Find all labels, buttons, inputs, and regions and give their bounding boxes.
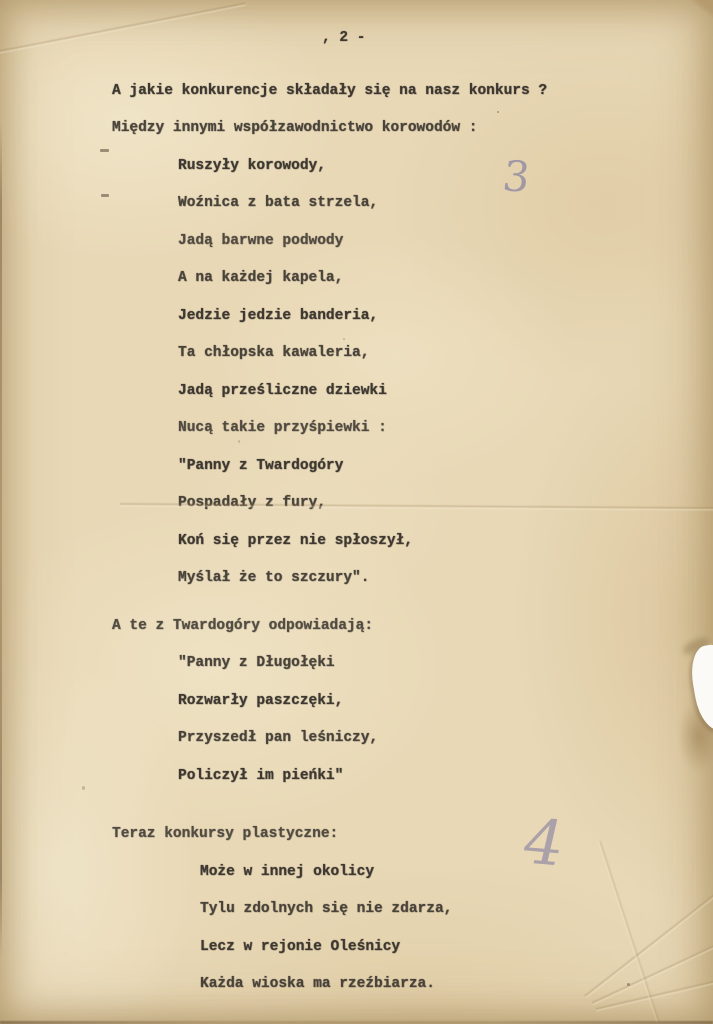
text-line: Teraz konkursy plastyczne: [112,816,547,854]
text-line: Rozwarły paszczęki, [112,682,547,720]
text-line: Tylu zdolnych się nie zdarza, [112,891,547,929]
text-line: A na każdej kapela, [112,260,547,298]
text-line: Koń się przez nie spłoszył, [112,522,547,560]
ink-speck [101,194,109,197]
text-line: Ruszyły korowody, [112,147,547,185]
scanned-typewritten-page: , 2 - A jakie konkurencje składały się n… [0,0,713,1024]
page-number: , 2 - [322,30,366,46]
folded-corner [685,0,713,22]
ink-speck [627,983,630,986]
text-line: A te z Twardogóry odpowiadają: [112,607,547,645]
text-line: "Panny z Twardogóry [112,447,547,485]
text-line: A jakie konkurencje składały się na nasz… [112,72,547,110]
text-line: Może w innej okolicy [112,853,547,891]
text-line: Między innymi współzawodnictwo korowodów… [112,110,547,148]
text-line: Każda wioska ma rzeźbiarza. [112,966,547,1004]
paper-crease [584,881,713,996]
text-line: Jadą prześliczne dziewki [112,372,547,410]
handwritten-pencil-mark-3: 3 [500,155,532,198]
text-line: Jadą barwne podwody [112,222,547,260]
text-line: Przyszedł pan leśniczy, [112,720,547,758]
text-line: Lecz w rejonie Oleśnicy [112,928,547,966]
ink-speck [343,338,345,340]
ink-speck [497,111,499,113]
page-edge-shadow [0,120,2,960]
paper-crease [0,2,245,54]
text-line: Jedzie jedzie banderia, [112,297,547,335]
ink-speck [82,786,85,790]
text-line: "Panny z Długołęki [112,645,547,683]
text-line: Nucą takie przyśpiewki : [112,410,547,448]
text-lines: A jakie konkurencje składały się na nasz… [112,72,547,1003]
text-line: Myślał że to szczury". [112,560,547,598]
text-line: Woźnica z bata strzela, [112,185,547,223]
ink-speck [100,149,109,152]
text-line: Policzył im pieńki" [112,757,547,795]
text-line: Ta chłopska kawaleria, [112,335,547,373]
ink-speck [238,440,240,443]
